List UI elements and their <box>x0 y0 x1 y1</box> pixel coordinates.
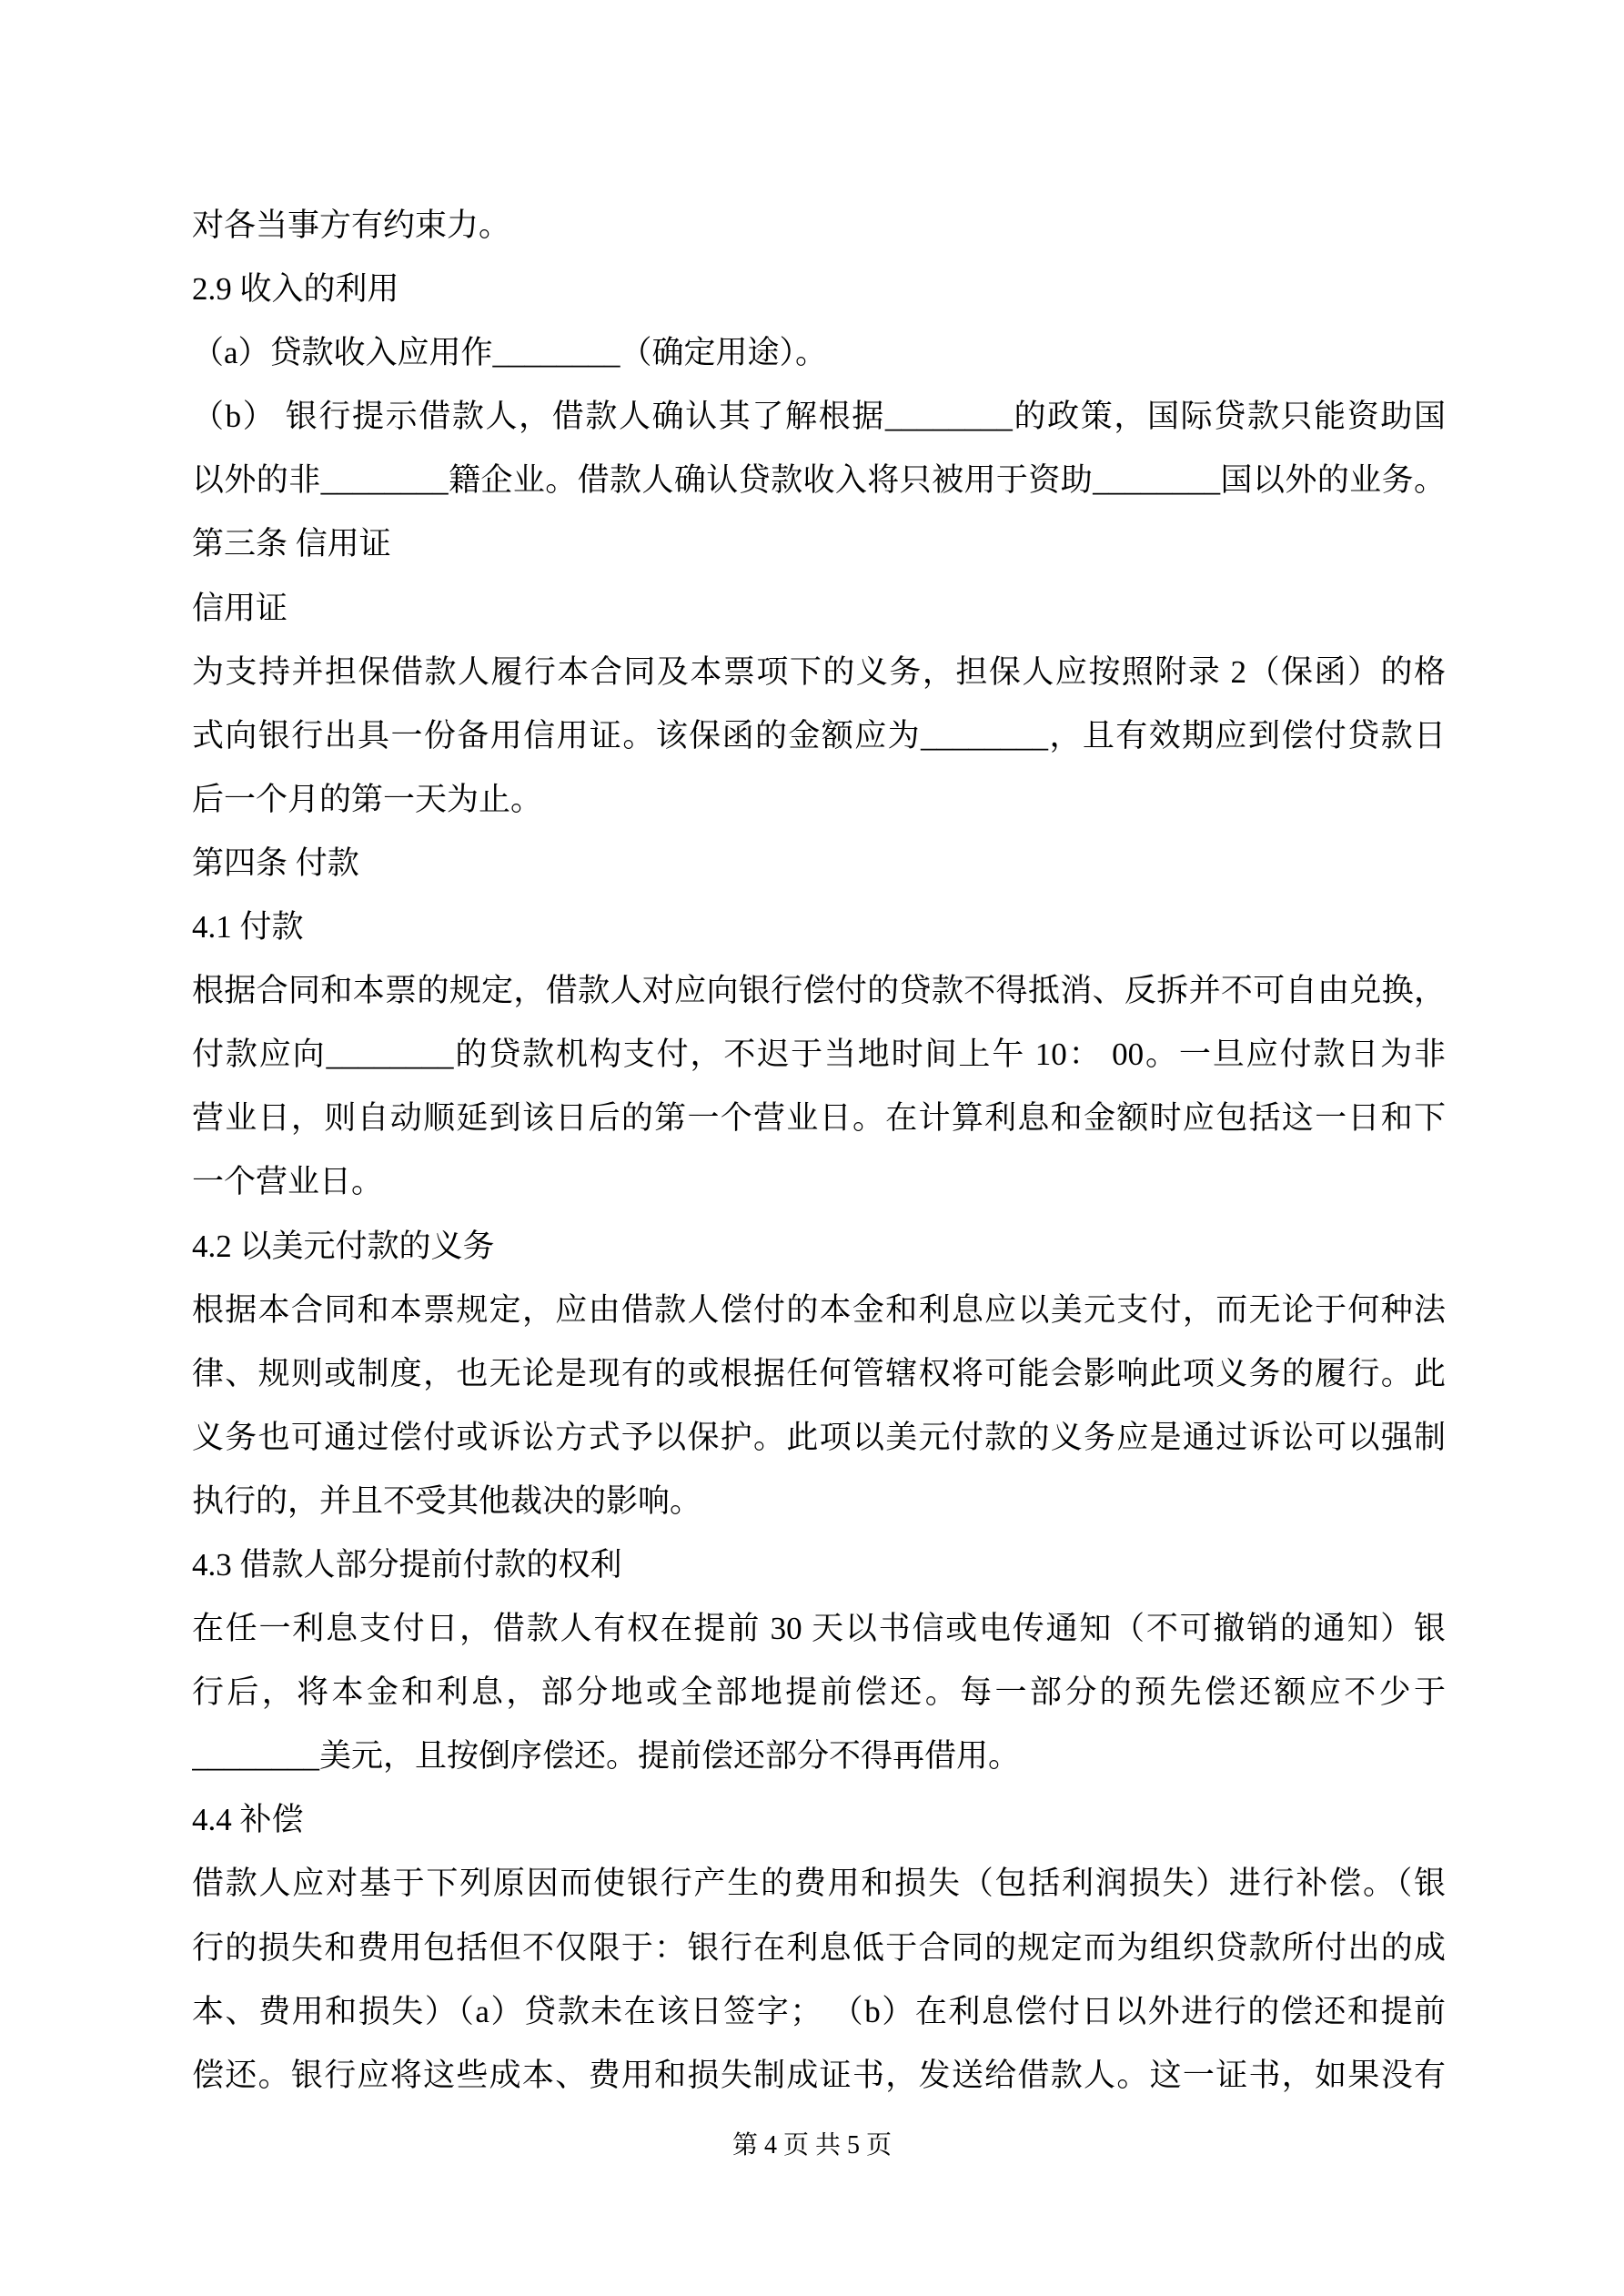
article-3-heading: 第三条 信用证 <box>192 512 1446 576</box>
section-heading-4-4: 4.4 补偿 <box>192 1788 1446 1852</box>
section-heading-4-1: 4.1 付款 <box>192 895 1446 959</box>
text-line: 营业日，则自动顺延到该日后的第一个营业日。在计算利息和金额时应包括这一日和下 <box>192 1087 1446 1150</box>
clause-b-line: （b） 银行提示借款人，借款人确认其了解根据________的政策，国际贷款只能… <box>192 385 1446 449</box>
text-line: 根据合同和本票的规定，借款人对应向银行偿付的贷款不得抵消、反拆并不可自由兑换， <box>192 959 1446 1023</box>
text-line: 后一个月的第一天为止。 <box>192 768 1446 832</box>
text-line: 行后，将本金和利息，部分地或全部地提前偿还。每一部分的预先偿还额应不少于 <box>192 1661 1446 1725</box>
text-line: 一个营业日。 <box>192 1150 1446 1214</box>
text-line: 式向银行出具一份备用信用证。该保函的金额应为________，且有效期应到偿付贷… <box>192 704 1446 768</box>
clause-a-line: （a）贷款收入应用作________（确定用途）。 <box>192 321 1446 385</box>
section-heading-4-3: 4.3 借款人部分提前付款的权利 <box>192 1533 1446 1597</box>
article-4-heading: 第四条 付款 <box>192 832 1446 895</box>
contract-body: 对各当事方有约束力。 2.9 收入的利用 （a）贷款收入应用作________（… <box>192 194 1446 2108</box>
text-line: 根据本合同和本票规定，应由借款人偿付的本金和利息应以美元支付，而无论于何种法 <box>192 1279 1446 1342</box>
text-line: 本、费用和损失）（a）贷款未在该日签字； （b）在利息偿付日以外进行的偿还和提前 <box>192 1980 1446 2044</box>
page-number-footer: 第 4 页 共 5 页 <box>0 2128 1624 2164</box>
text-line: 在任一利息支付日，借款人有权在提前 30 天以书信或电传通知（不可撤销的通知）银 <box>192 1597 1446 1661</box>
section-heading-4-2: 4.2 以美元付款的义务 <box>192 1215 1446 1279</box>
section-heading-2-9: 2.9 收入的利用 <box>192 258 1446 321</box>
text-line: 以外的非________籍企业。借款人确认贷款收入将只被用于资助________… <box>192 449 1446 512</box>
text-line: 偿还。银行应将这些成本、费用和损失制成证书，发送给借款人。这一证书，如果没有 <box>192 2044 1446 2108</box>
text-line: 义务也可通过偿付或诉讼方式予以保护。此项以美元付款的义务应是通过诉讼可以强制 <box>192 1406 1446 1470</box>
text-line: 借款人应对基于下列原因而使银行产生的费用和损失（包括利润损失）进行补偿。（银 <box>192 1852 1446 1916</box>
text-line: 对各当事方有约束力。 <box>192 194 1446 258</box>
text-line: 执行的，并且不受其他裁决的影响。 <box>192 1470 1446 1533</box>
subheading-line: 信用证 <box>192 577 1446 641</box>
text-line: 律、规则或制度，也无论是现有的或根据任何管辖权将可能会影响此项义务的履行。此 <box>192 1342 1446 1406</box>
text-line: 行的损失和费用包括但不仅限于：银行在利息低于合同的规定而为组织贷款所付出的成 <box>192 1917 1446 1980</box>
contract-page: 对各当事方有约束力。 2.9 收入的利用 （a）贷款收入应用作________（… <box>0 0 1624 2296</box>
text-line: 付款应向________的贷款机构支付，不迟于当地时间上午 10： 00。一旦应… <box>192 1023 1446 1087</box>
text-line: 为支持并担保借款人履行本合同及本票项下的义务，担保人应按照附录 2（保函）的格 <box>192 641 1446 704</box>
text-line: ________美元，且按倒序偿还。提前偿还部分不得再借用。 <box>192 1725 1446 1788</box>
